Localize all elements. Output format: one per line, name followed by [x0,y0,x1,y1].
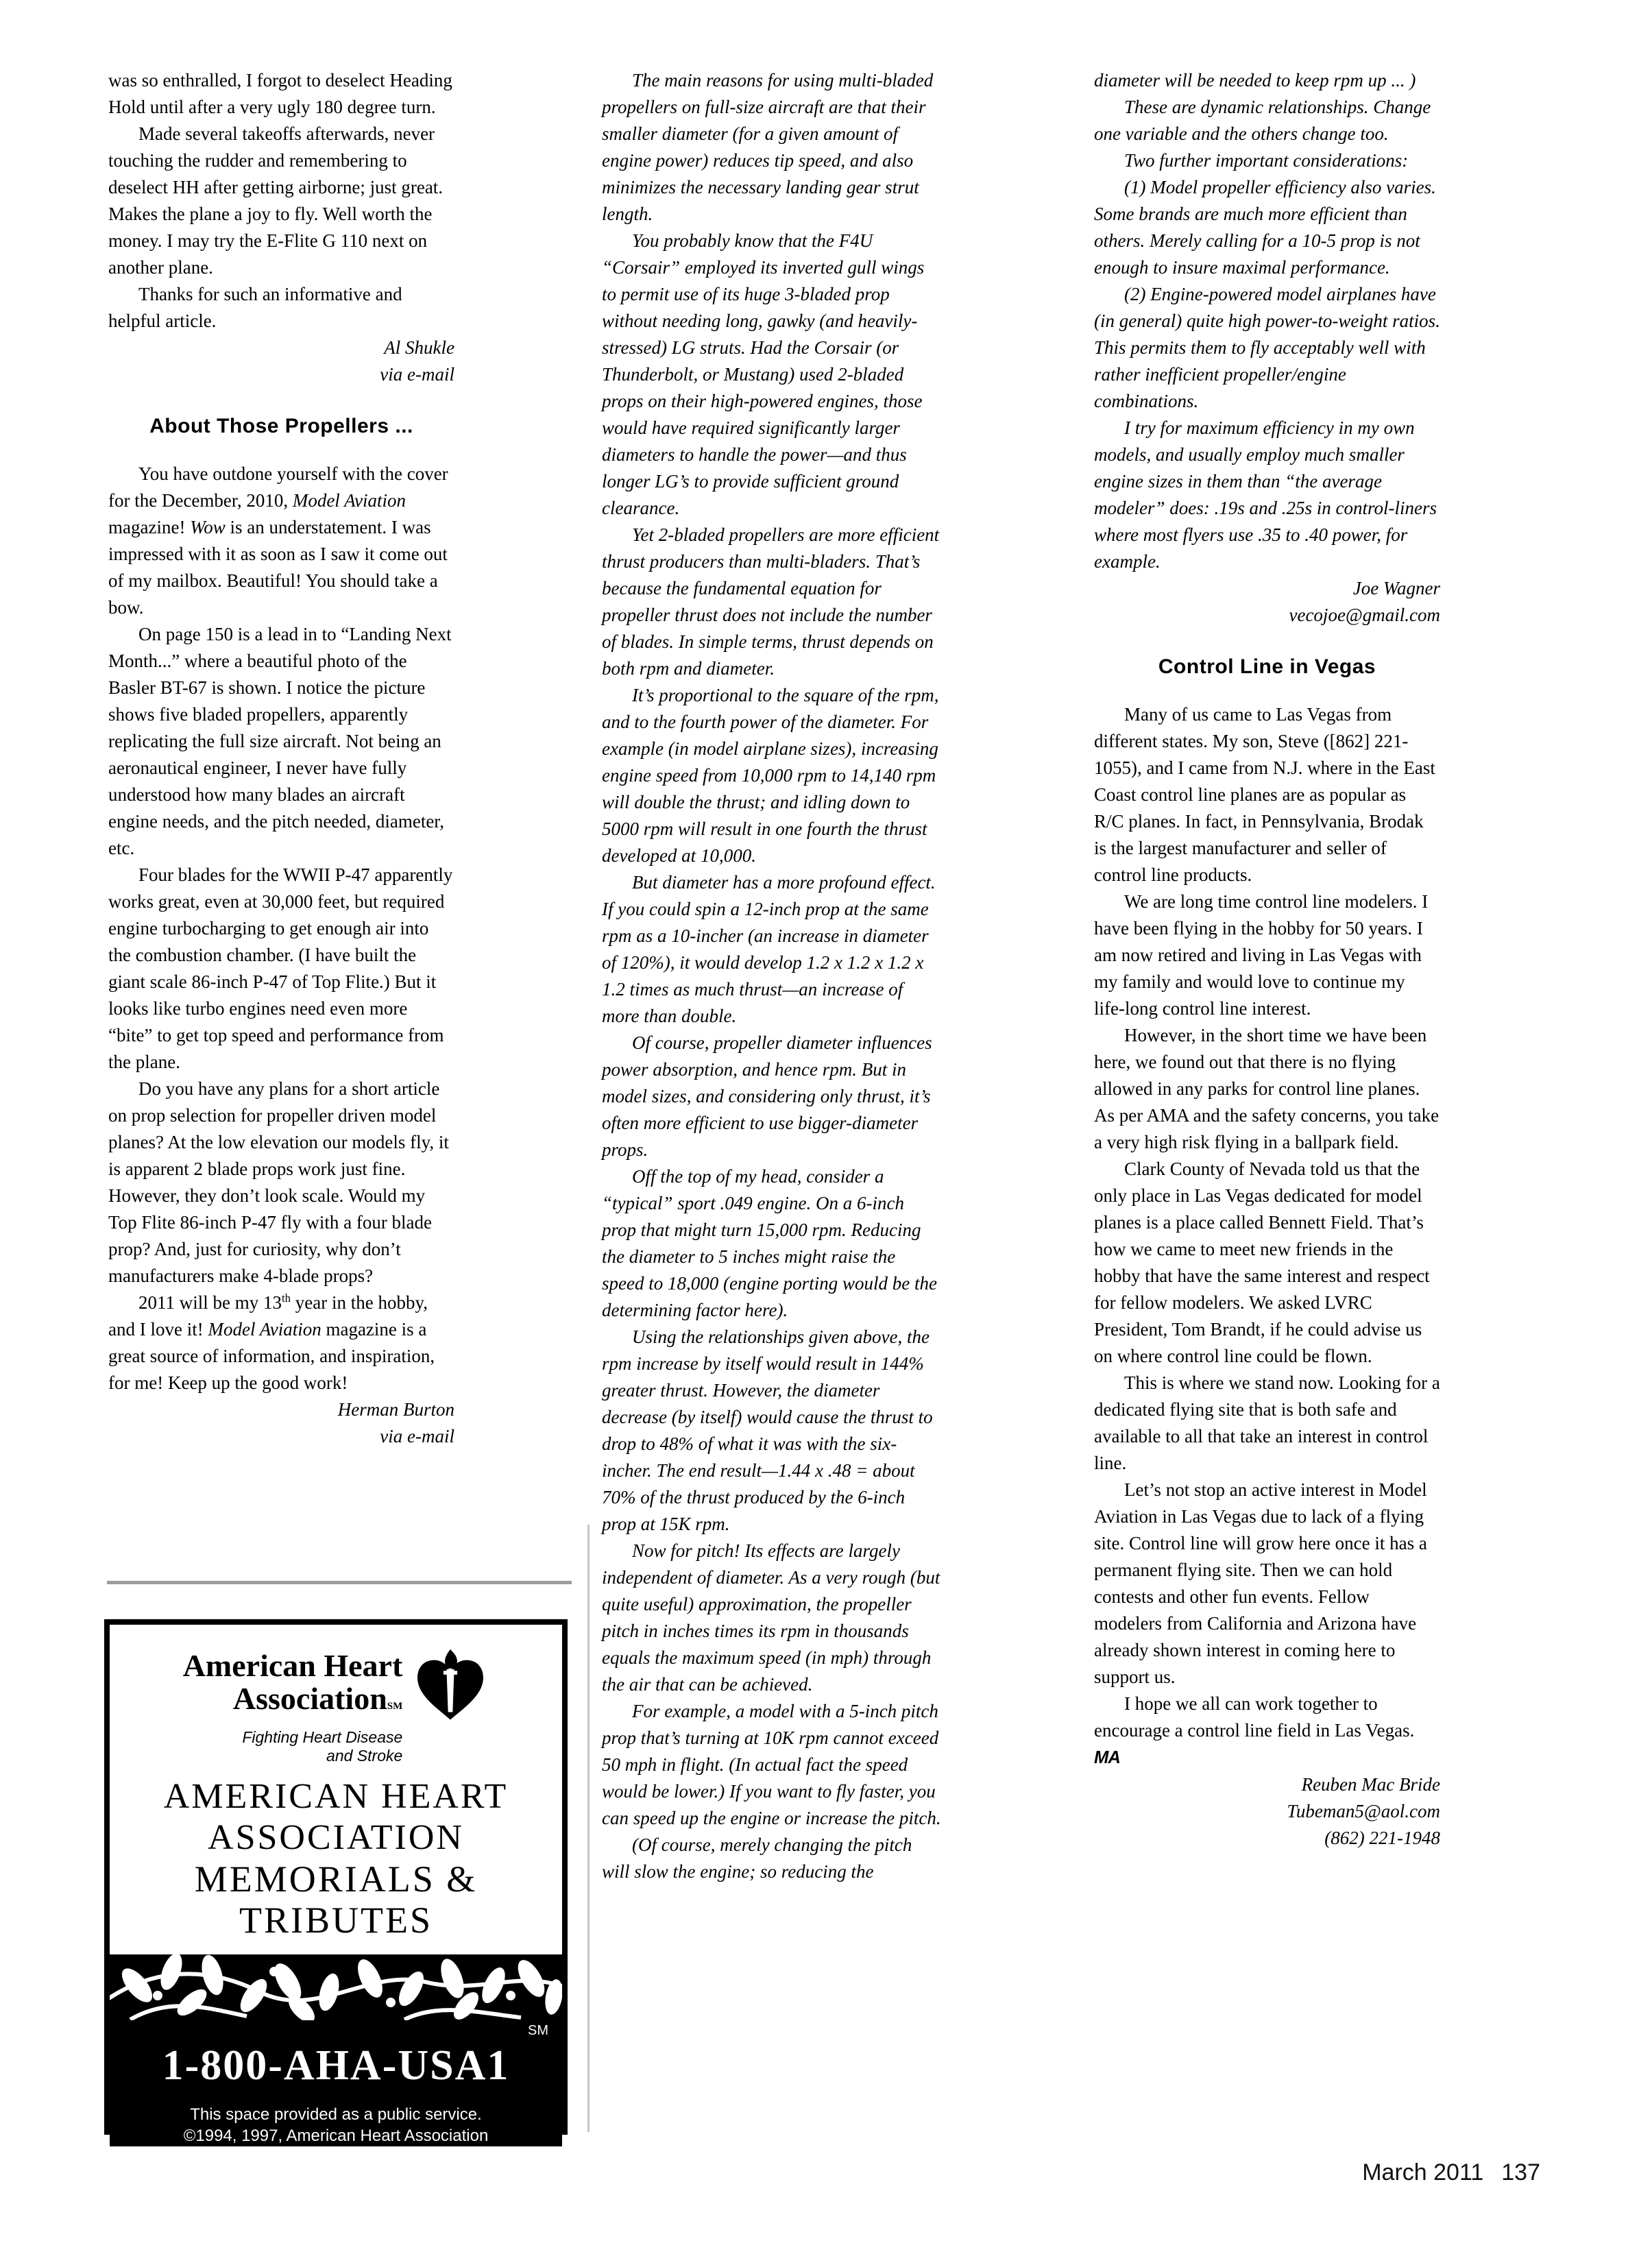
signature-line: (862) 221-1948 [1094,1825,1440,1852]
text-run: Now for pitch! Its effects are largely i… [602,1540,940,1695]
text-run: Four blades for the WWII P-47 apparently… [108,864,452,1072]
signature: Herman Burtonvia e-mail [108,1396,454,1450]
footer-issue: March 2011 [1362,2159,1483,2185]
page: was so enthralled, I forgot to deselect … [0,0,1652,2241]
text-run: Using the relationships given above, the… [602,1327,933,1534]
paragraph: Off the top of my head, consider a “typi… [602,1163,942,1324]
aha-tagline: Fighting Heart Disease and Stroke [183,1728,403,1765]
aha-tagline-line2: and Stroke [183,1747,403,1765]
paragraph: Two further important considerations: [1094,147,1440,174]
aha-ad-title-section: AMERICAN HEART ASSOCIATION MEMORIALS & T… [110,1765,562,1954]
aha-title-line2: ASSOCIATION [110,1817,562,1858]
text-run: I hope we all can work together to encou… [1094,1693,1414,1741]
aha-logo-line2-text: Association [233,1681,387,1716]
text-run: For example, a model with a 5-inch pitch… [602,1701,941,1828]
text-run: However, in the short time we have been … [1094,1025,1439,1152]
paragraph: (Of course, merely changing the pitch wi… [602,1832,942,1885]
column-right: diameter will be needed to keep rpm up .… [1094,67,1440,1852]
column-left: was so enthralled, I forgot to deselect … [108,67,454,1450]
paragraph: Many of us came to Las Vegas from differ… [1094,701,1440,888]
text-run: We are long time control line modelers. … [1094,891,1428,1019]
aha-logo-text: American Heart AssociationSM Fighting He… [183,1649,403,1765]
paragraph: Thanks for such an informative and helpf… [108,281,454,335]
text-run: Do you have any plans for a short articl… [108,1078,449,1286]
paragraph: You have outdone yourself with the cover… [108,461,454,621]
aha-note: This space provided as a public service.… [110,2104,562,2146]
text-run: These are dynamic relationships. Change … [1094,97,1431,144]
signature-line: Joe Wagner [1094,575,1440,602]
paragraph: These are dynamic relationships. Change … [1094,94,1440,147]
text-run: Made several takeoffs afterwards, never … [108,123,443,278]
text-run: I try for maximum efficiency in my own m… [1094,417,1437,572]
aha-tagline-line1: Fighting Heart Disease [183,1728,403,1747]
paragraph: Let’s not stop an active interest in Mod… [1094,1477,1440,1691]
paragraph: Yet 2-bladed propellers are more efficie… [602,522,942,682]
paragraph: The main reasons for using multi-bladed … [602,67,942,228]
signature-line: via e-mail [108,361,454,388]
leaf-ornament [110,1954,562,2020]
signature: Joe Wagnervecojoe@gmail.com [1094,575,1440,629]
paragraph: But diameter has a more profound effect.… [602,869,942,1030]
text-run: Many of us came to Las Vegas from differ… [1094,704,1435,885]
signature: Al Shuklevia e-mail [108,335,454,388]
text-run: Yet 2-bladed propellers are more efficie… [602,524,939,679]
text-run: Model Aviation [208,1319,321,1340]
text-run: Of course, propeller diameter influences… [602,1032,932,1160]
text-run: 2011 will be my 13 [138,1292,282,1313]
scan-artifact-line [587,1525,590,2132]
signature-line: vecojoe@gmail.com [1094,602,1440,629]
section-heading: About Those Propellers ... [108,414,454,439]
text-run: On page 150 is a lead in to “Landing Nex… [108,624,452,858]
text-run: (1) Model propeller efficiency also vari… [1094,177,1436,278]
text-run: But diameter has a more profound effect.… [602,872,936,1026]
signature-line: Herman Burton [108,1396,454,1423]
aha-note-line1: This space provided as a public service. [110,2104,562,2125]
aha-title-line1: AMERICAN HEART [110,1776,562,1817]
column-middle: The main reasons for using multi-bladed … [602,67,942,1885]
aha-logo-line2: AssociationSM [183,1682,403,1723]
text-run: was so enthralled, I forgot to deselect … [108,70,452,117]
text-run: The main reasons for using multi-bladed … [602,70,933,224]
aha-note-line2: ©1994, 1997, American Heart Association [110,2125,562,2146]
paragraph: I try for maximum efficiency in my own m… [1094,415,1440,575]
paragraph: Clark County of Nevada told us that the … [1094,1156,1440,1370]
divider-rule [107,1581,572,1584]
text-run: It’s proportional to the square of the r… [602,685,939,866]
heart-torch-icon [412,1649,489,1729]
text-run: magazine! [108,517,190,537]
text-run: th [282,1292,291,1305]
text-run: You probably know that the F4U “Corsair”… [602,230,924,518]
page-footer: March 2011137 [1362,2159,1540,2186]
aha-title-line3: MEMORIALS & TRIBUTES [110,1858,562,1941]
paragraph: Using the relationships given above, the… [602,1324,942,1538]
paragraph: diameter will be needed to keep rpm up .… [1094,67,1440,94]
signature-line: via e-mail [108,1423,454,1450]
paragraph: This is where we stand now. Looking for … [1094,1370,1440,1477]
text-run: Wow [190,517,226,537]
paragraph: Made several takeoffs afterwards, never … [108,121,454,281]
text-run: (Of course, merely changing the pitch wi… [602,1834,912,1882]
section-heading: Control Line in Vegas [1094,655,1440,679]
aha-ad-logo-section: American Heart AssociationSM Fighting He… [110,1625,562,1765]
paragraph: It’s proportional to the square of the r… [602,682,942,869]
text-run: (2) Engine-powered model airplanes have … [1094,284,1440,411]
text-run: diameter will be needed to keep rpm up .… [1094,70,1416,90]
paragraph: For example, a model with a 5-inch pitch… [602,1698,942,1832]
paragraph: On page 150 is a lead in to “Landing Nex… [108,621,454,862]
signature-line: Reuben Mac Bride [1094,1771,1440,1798]
signature: Reuben Mac BrideTubeman5@aol.com(862) 22… [1094,1771,1440,1852]
aha-logo-sm: SM [387,1701,403,1712]
paragraph: (2) Engine-powered model airplanes have … [1094,281,1440,415]
paragraph: (1) Model propeller efficiency also vari… [1094,174,1440,281]
paragraph: Do you have any plans for a short articl… [108,1076,454,1289]
text-run: Let’s not stop an active interest in Mod… [1094,1479,1427,1687]
text-run: Clark County of Nevada told us that the … [1094,1159,1430,1366]
text-run: Off the top of my head, consider a “typi… [602,1166,937,1320]
aha-ad: American Heart AssociationSM Fighting He… [104,1619,568,2135]
aha-ad-bottom-section: SM 1-800-AHA-USA1 This space provided as… [110,1954,562,2146]
footer-page-number: 137 [1501,2159,1540,2185]
paragraph: However, in the short time we have been … [1094,1022,1440,1156]
paragraph: was so enthralled, I forgot to deselect … [108,67,454,121]
text-run: This is where we stand now. Looking for … [1094,1372,1440,1473]
paragraph: Four blades for the WWII P-47 apparently… [108,862,454,1076]
text-run: Thanks for such an informative and helpf… [108,284,402,331]
paragraph: I hope we all can work together to encou… [1094,1691,1440,1771]
paragraph: Of course, propeller diameter influences… [602,1030,942,1163]
paragraph: 2011 will be my 13th year in the hobby, … [108,1289,454,1396]
signature-line: Al Shukle [108,335,454,361]
aha-phone: 1-800-AHA-USA1 [110,2042,562,2090]
paragraph: You probably know that the F4U “Corsair”… [602,228,942,522]
aha-logo-line1: American Heart [183,1649,403,1682]
paragraph: Now for pitch! Its effects are largely i… [602,1538,942,1698]
paragraph: We are long time control line modelers. … [1094,888,1440,1022]
aha-sm-mark: SM [110,2023,562,2039]
text-run: Model Aviation [293,490,406,511]
text-run: Two further important considerations: [1124,150,1408,171]
signature-line: Tubeman5@aol.com [1094,1798,1440,1825]
ma-endmark: MA [1094,1748,1120,1767]
